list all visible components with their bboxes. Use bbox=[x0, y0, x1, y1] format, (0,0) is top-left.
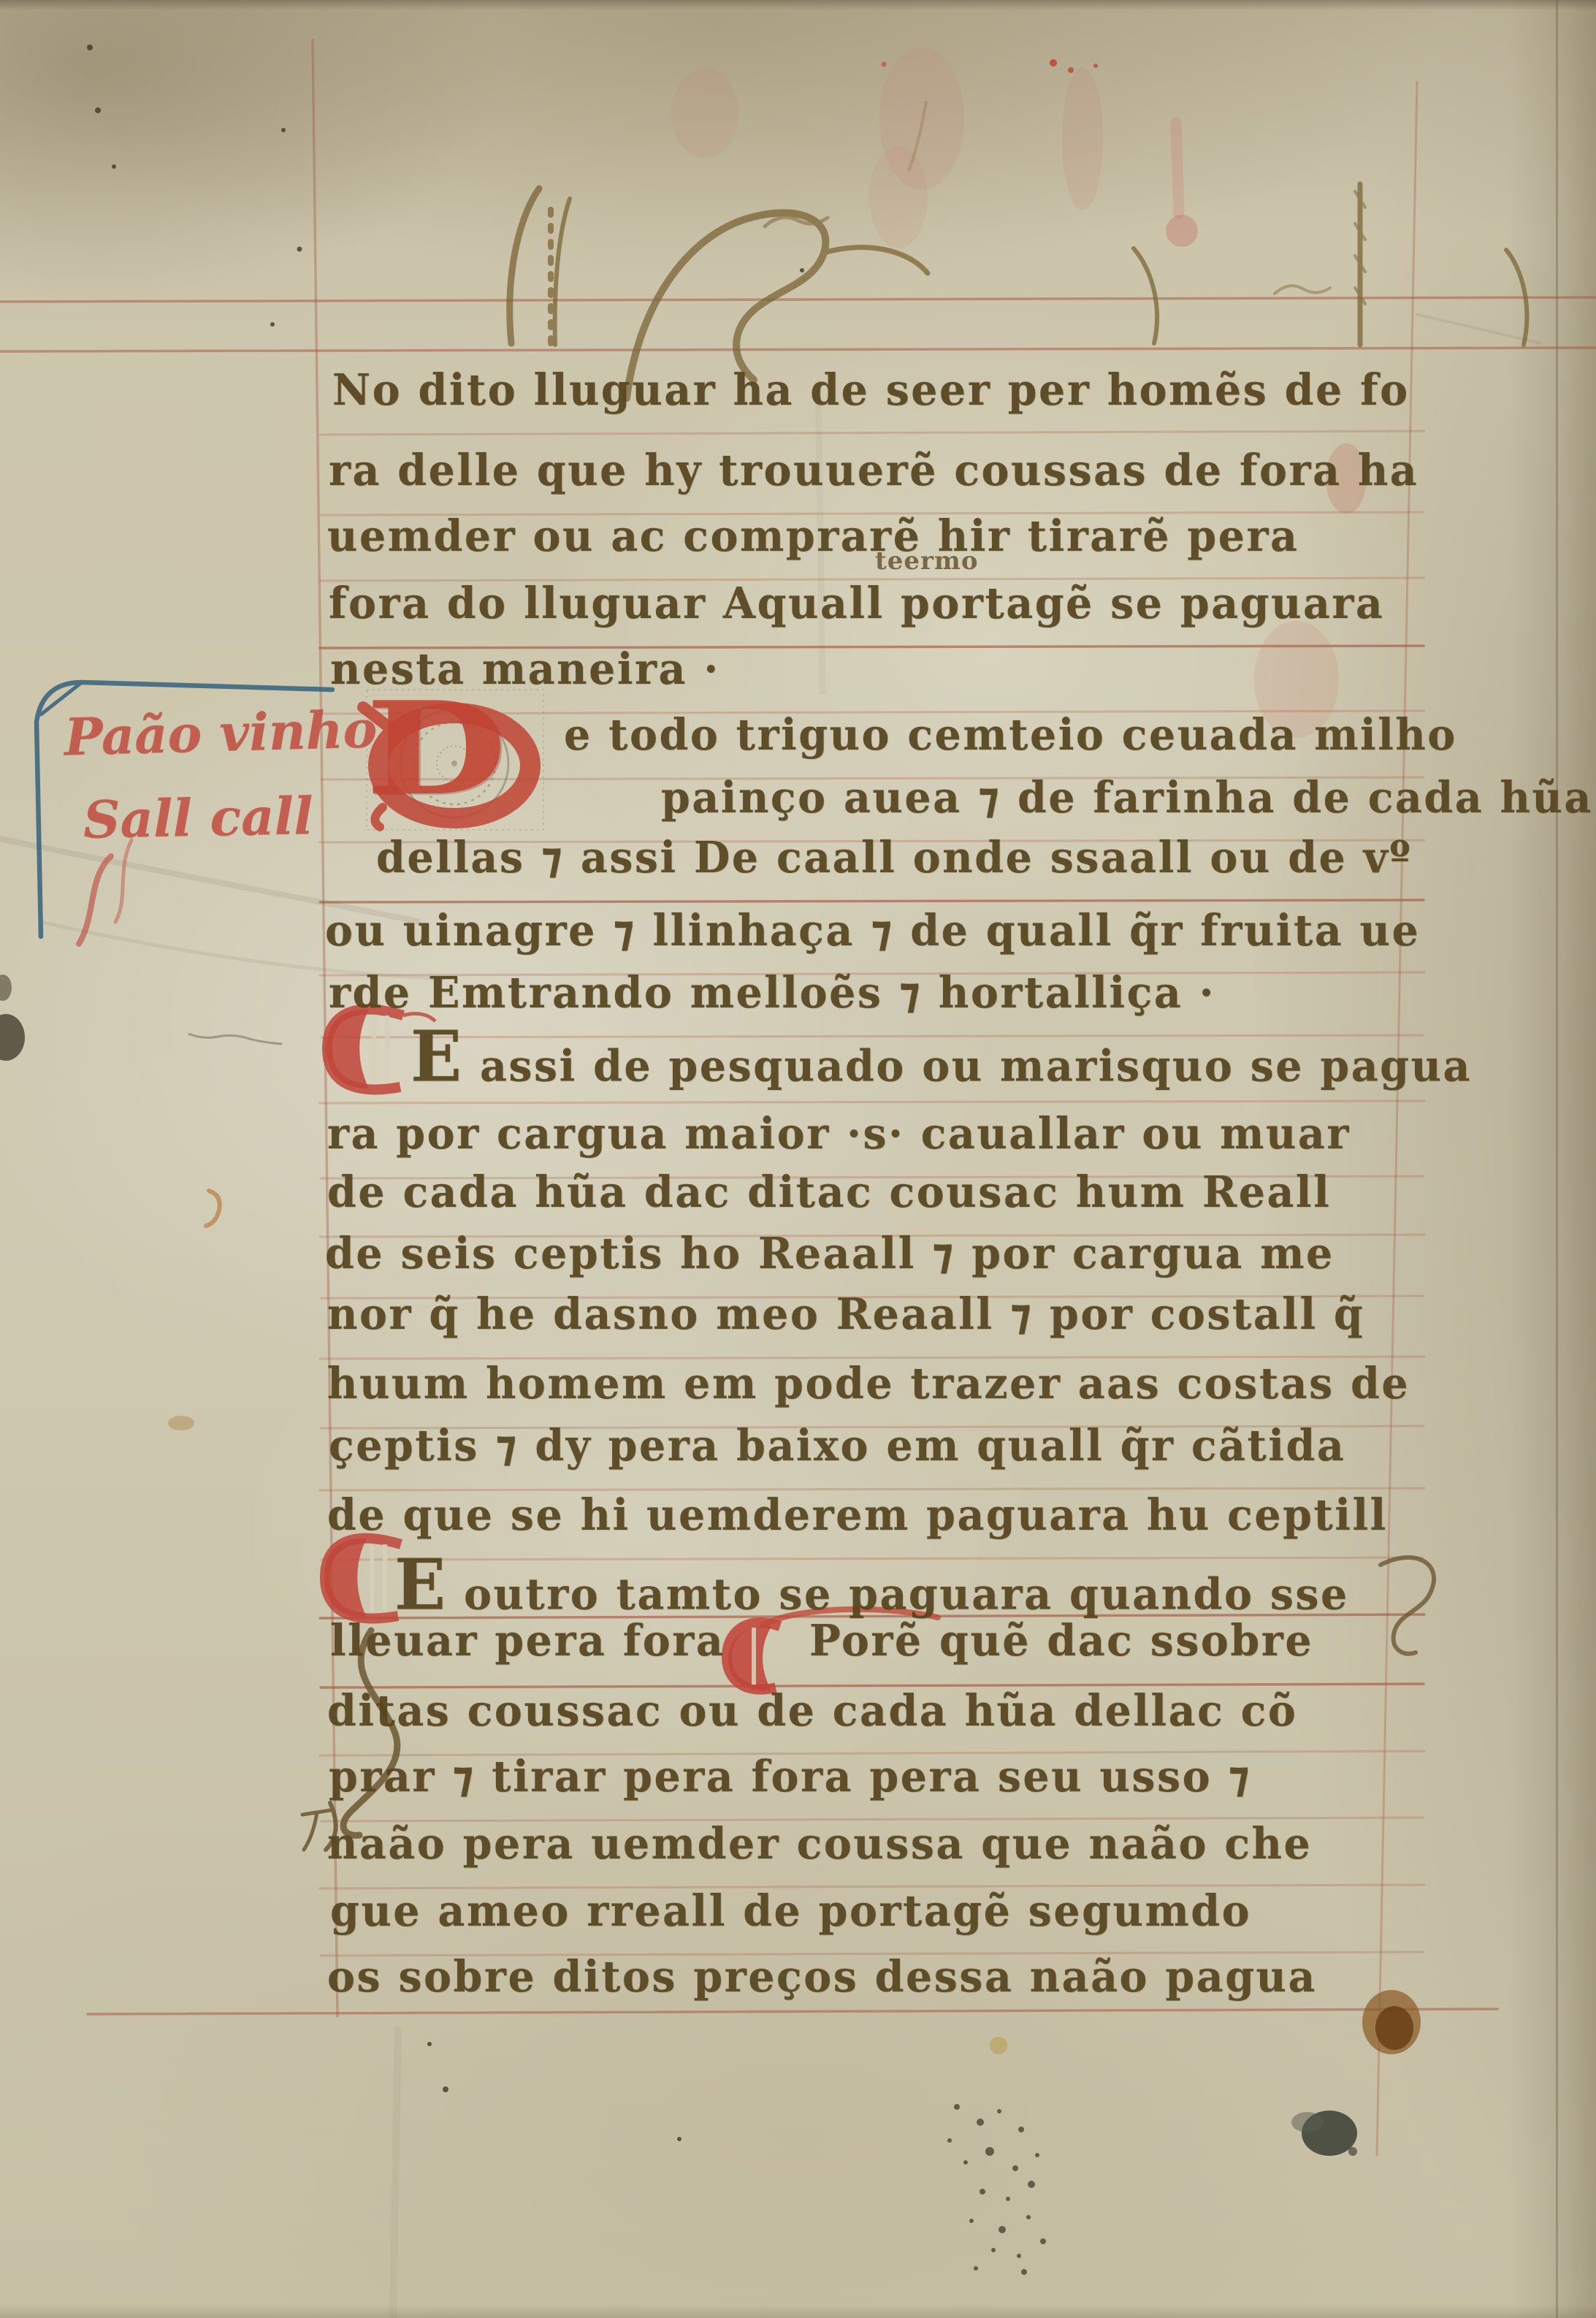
text-line-24: gue ameo rreall de portagẽ segumdo bbox=[330, 1886, 1251, 1937]
text-line-23: naão pera uemder coussa que naão che bbox=[327, 1818, 1312, 1869]
manuscript-page: D Paão vinho Sall call teermo No dito ll… bbox=[0, 0, 1596, 2318]
initial-letter-d: D bbox=[365, 685, 507, 813]
text-line-9: ou uinagre ⁊ llinhaça ⁊ de quall q̃r fru… bbox=[325, 905, 1420, 956]
text-line-4: fora do lluguar Aquall portagẽ se paguar… bbox=[329, 578, 1384, 629]
text-line-20: lleuar pera fora bbox=[330, 1615, 725, 1666]
text-line-3: uemder ou ac comprarẽ hir tirarẽ pera bbox=[327, 511, 1299, 562]
paragraph-mark-line19 bbox=[324, 1539, 401, 1619]
text-line-14: de seis ceptis ho Reaall ⁊ por cargua me bbox=[325, 1228, 1335, 1279]
margin-note-flourish bbox=[79, 840, 131, 944]
text-line-17: çeptis ⁊ dy pera baixo em quall q̃r cãti… bbox=[329, 1420, 1345, 1471]
text-line-1: No dito lluguar ha de seer per homẽs de … bbox=[332, 365, 1410, 416]
text-line-6: e todo triguo cemteio ceuada milho bbox=[564, 709, 1457, 760]
text-line-19: E outro tamto se paguara quando sse bbox=[394, 1544, 1349, 1625]
text-line-21: ditas coussac ou de cada hũa dellac cõ bbox=[327, 1685, 1297, 1736]
text-line-20-after-mark: Porẽ quẽ dac ssobre bbox=[809, 1615, 1313, 1666]
text-line-12: ra por cargua maior ·s· cauallar ou muar bbox=[327, 1108, 1351, 1159]
line19-end-flourish bbox=[1381, 1558, 1434, 1654]
margin-note-line-1: Paão vinho bbox=[64, 698, 378, 767]
text-line-10: rde Emtrando melloẽs ⁊ hortalliça · bbox=[329, 967, 1215, 1018]
margin-note-line-2: Sall call bbox=[83, 785, 313, 850]
text-line-13: de cada hũa dac ditac cousac hum Reall bbox=[327, 1167, 1331, 1218]
text-line-18: de que se hi uemderem paguara hu ceptill bbox=[327, 1490, 1388, 1541]
text-line-25: os sobre ditos preços dessa naão pagua bbox=[327, 1951, 1317, 2002]
text-line-5: nesta maneira · bbox=[330, 644, 720, 695]
text-line-8: dellas ⁊ assi De caall onde ssaall ou de… bbox=[376, 832, 1412, 883]
text-line-15: nor q̃ he dasno meo Reaall ⁊ por costall… bbox=[327, 1289, 1364, 1340]
text-line-7: painço auea ⁊ de farinha de cada hũa bbox=[661, 772, 1593, 823]
text-line-16: huum homem em pode trazer aas costas de bbox=[327, 1358, 1410, 1409]
text-line-11: E assi de pesquado ou marisquo se pagua bbox=[411, 1015, 1472, 1097]
text-line-2: ra delle que hy trouuerẽ coussas de fora… bbox=[329, 445, 1419, 496]
text-line-22: prar ⁊ tirar pera fora pera seu usso ⁊ bbox=[329, 1751, 1251, 1802]
